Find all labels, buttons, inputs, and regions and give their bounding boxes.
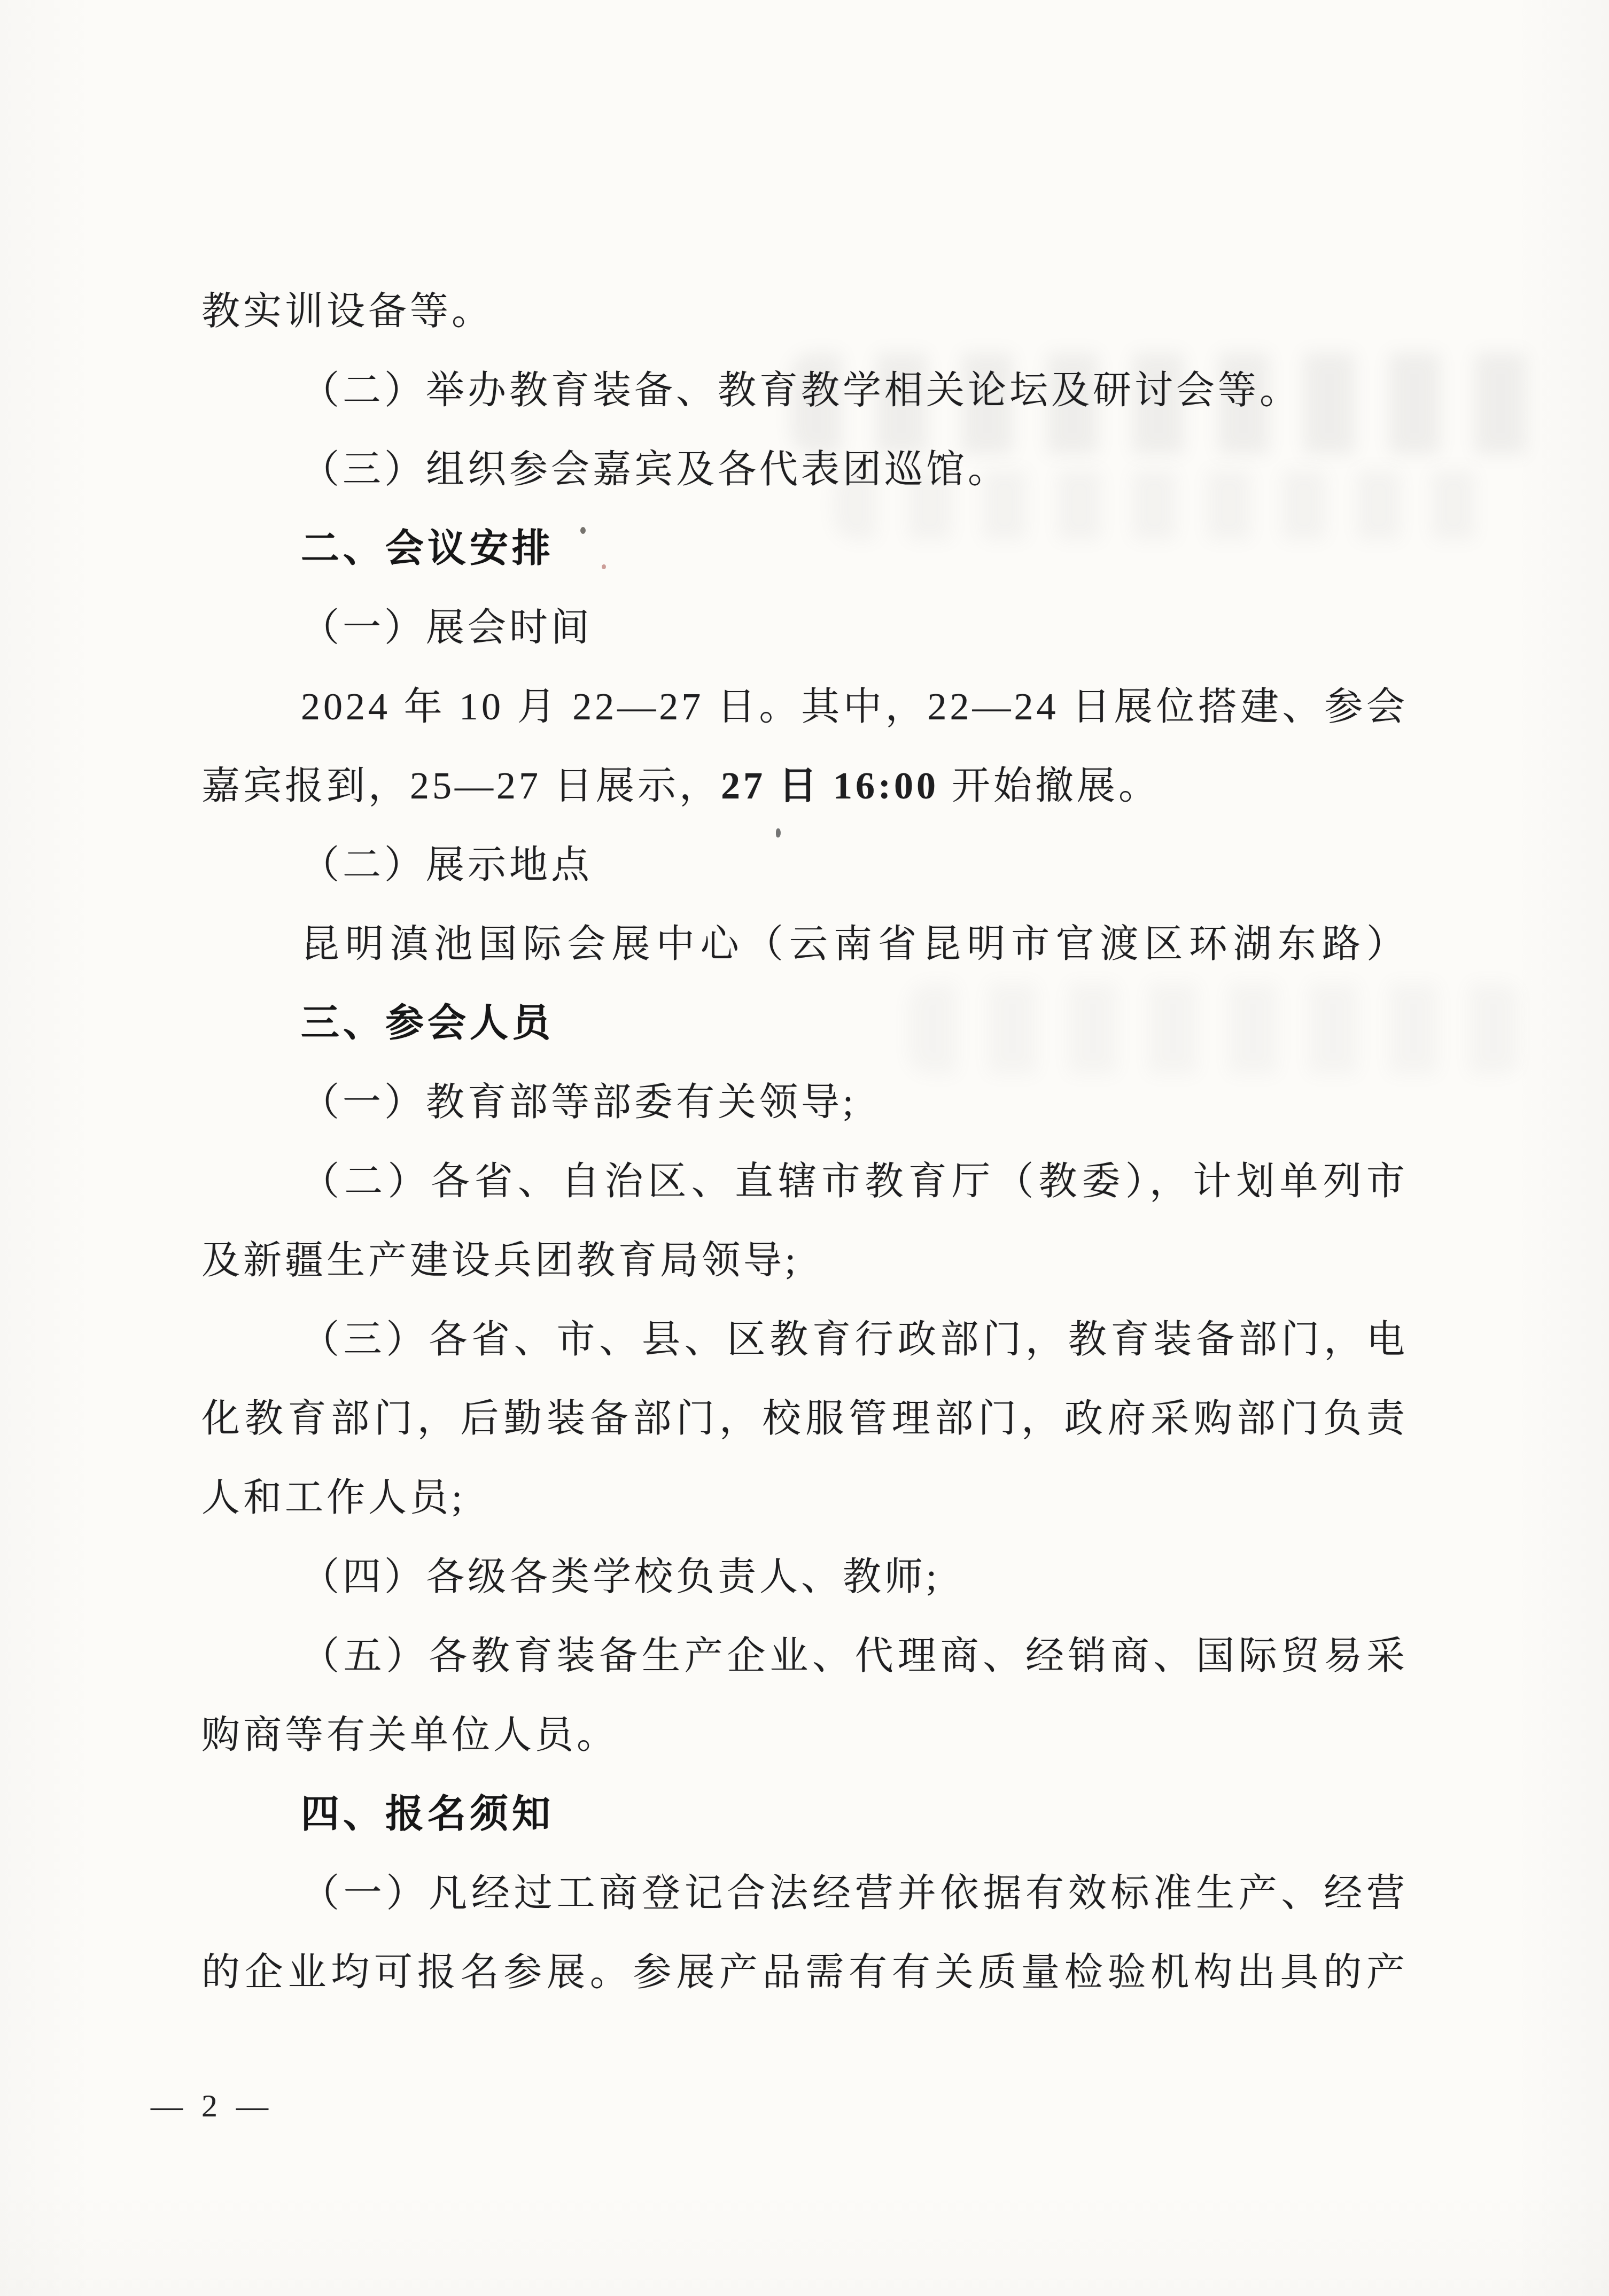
text-line: （三）组织参会嘉宾及各代表团巡馆。 — [201, 430, 1408, 509]
text-line: （二）举办教育装备、教育教学相关论坛及研讨会等。 — [201, 351, 1408, 430]
section-heading-line: 四、报名须知 — [201, 1774, 1408, 1853]
text-line: （一）展会时间 — [201, 588, 1408, 667]
text-line: 嘉宾报到，25—27 日展示，27 日 16:00 开始撤展。 — [201, 746, 1408, 825]
text-line: 昆明滇池国际会展中心（云南省昆明市官渡区环湖东路） — [201, 904, 1408, 983]
text-line: （二）各省、自治区、直辖市教育厅（教委），计划单列市 — [201, 1142, 1408, 1221]
text-line: （一）教育部等部委有关领导; — [201, 1062, 1408, 1142]
scanned-document-page: 教实训设备等。（二）举办教育装备、教育教学相关论坛及研讨会等。（三）组织参会嘉宾… — [0, 0, 1609, 2296]
text-segment: 嘉宾报到，25—27 日展示， — [201, 764, 721, 807]
section-heading-line: 二、会议安排 — [201, 509, 1408, 588]
text-line: 购商等有关单位人员。 — [201, 1695, 1408, 1774]
text-line: 人和工作人员; — [201, 1458, 1408, 1537]
text-line: （三）各省、市、县、区教育行政部门，教育装备部门，电 — [201, 1300, 1408, 1379]
section-heading-line: 三、参会人员 — [201, 983, 1408, 1062]
bold-text-segment: 27 日 16:00 — [721, 764, 952, 807]
text-line: （一）凡经过工商登记合法经营并依据有效标准生产、经营 — [201, 1853, 1408, 1933]
text-line: 2024 年 10 月 22—27 日。其中，22—24 日展位搭建、参会 — [201, 667, 1408, 746]
text-line: 化教育部门，后勤装备部门，校服管理部门，政府采购部门负责 — [201, 1379, 1408, 1458]
text-line: 及新疆生产建设兵团教育局领导; — [201, 1221, 1408, 1300]
document-body: 教实训设备等。（二）举办教育装备、教育教学相关论坛及研讨会等。（三）组织参会嘉宾… — [201, 272, 1408, 2012]
text-line: （五）各教育装备生产企业、代理商、经销商、国际贸易采 — [201, 1616, 1408, 1695]
text-line: （四）各级各类学校负责人、教师; — [201, 1537, 1408, 1616]
text-segment: 开始撤展。 — [952, 764, 1160, 807]
text-line: 教实训设备等。 — [201, 272, 1408, 351]
text-line: （二）展示地点 — [201, 825, 1408, 904]
text-line: 的企业均可报名参展。参展产品需有有关质量检验机构出具的产 — [201, 1933, 1408, 2012]
page-number: — 2 — — [151, 2087, 274, 2124]
